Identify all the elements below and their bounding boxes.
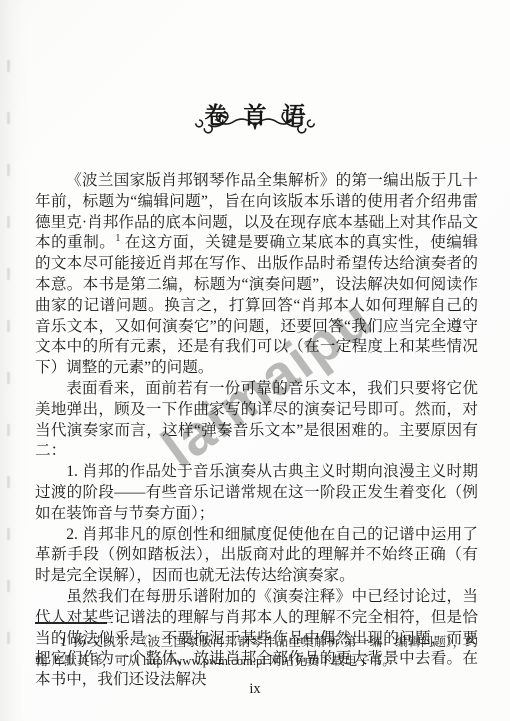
footnote-text: 扬·艾凯尔：《波兰国家版肖邦钢琴作品全集解析·第一编：编辑问题》，约翰·库默英译… xyxy=(35,635,478,668)
numbered-item-1: 1. 肖邦的作品处于音乐演奏从古典主义时期向浪漫主义时期过渡的阶段——有些音乐记… xyxy=(35,462,478,524)
footnote-area: 1 扬·艾凯尔：《波兰国家版肖邦钢琴作品全集解析·第一编：编辑问题》，约翰·库默… xyxy=(35,622,478,670)
page-number: ix xyxy=(0,681,510,698)
numbered-item-2: 2. 肖邦非凡的原创性和细腻度促使他在自己的记谱中运用了革新手段（例如踏板法），… xyxy=(35,525,478,587)
book-page: laimaipu 卷首语 《波兰国家版肖邦钢琴作品全集解析》的第一编出版于几十年… xyxy=(0,0,510,721)
paragraph-1-continued: 在这方面，关键是要确立某底本的真实性，使编辑的文本尽可能接近肖邦在写作、出版作品… xyxy=(35,234,478,376)
flourish-ornament-icon xyxy=(0,112,510,143)
footnote-divider-rule xyxy=(35,622,107,624)
footnote: 1 扬·艾凯尔：《波兰国家版肖邦钢琴作品全集解析·第一编：编辑问题》，约翰·库默… xyxy=(35,633,478,670)
body-text: 《波兰国家版肖邦钢琴作品全集解析》的第一编出版于几十年前，标题为“编辑问题”，旨… xyxy=(35,171,478,691)
paragraph-1: 《波兰国家版肖邦钢琴作品全集解析》的第一编出版于几十年前，标题为“编辑问题”，旨… xyxy=(35,171,478,379)
footnote-number: 1 xyxy=(60,635,66,649)
paragraph-2: 表面看来，面前若有一份可靠的音乐文本，我们只要将它优美地弹出，顾及一下作曲家写的… xyxy=(35,379,478,462)
scan-edge-artifacts xyxy=(7,60,10,661)
